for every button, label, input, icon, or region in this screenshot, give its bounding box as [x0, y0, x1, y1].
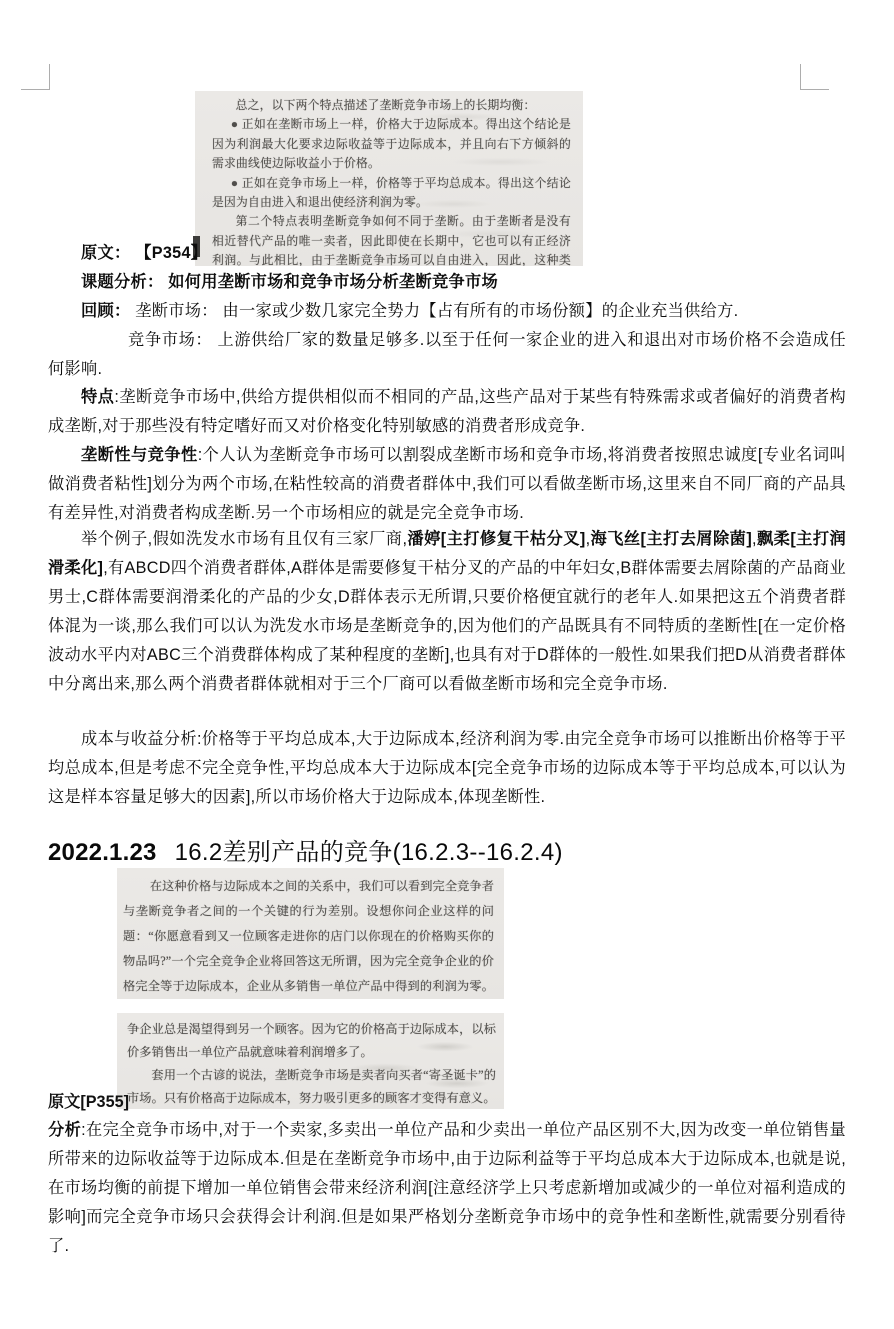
scan-bullet-paragraph: ● 正如在竞争市场上一样，价格等于平均总成本。得出这个结论是因为自由进入和退出使…: [212, 174, 571, 213]
document-page: 总之，以下两个特点描述了垄断竞争市场上的长期均衡： ● 正如在垄断市场上一样，价…: [0, 0, 894, 1329]
note-review-competitive-market: 竞争市场： 上游供给厂家的数量足够多.以至于任何一家企业的进入和退出对市场价格不…: [48, 326, 846, 384]
heading-title: 16.2差别产品的竞争(16.2.3--16.2.4): [175, 839, 563, 866]
scan-paragraph: 套用一个古谚的说法，垄断竞争市场是卖者向买者“寄圣诞卡”的市场。只有价格高于边际…: [127, 1064, 496, 1109]
margin-corner-mark-right: [800, 64, 829, 90]
note-source-ref-p354: 原文： 【P354】: [48, 239, 846, 268]
section-heading: 2022.1.2316.2差别产品的竞争(16.2.3--16.2.4): [48, 838, 563, 868]
note-para-cost-benefit: 成本与收益分析:价格等于平均总成本,大于边际成本,经济利润为零.由完全竞争市场可…: [48, 725, 846, 812]
note-topic-analysis: 课题分析： 如何用垄断市场和竞争市场分析垄断竞争市场: [48, 268, 846, 297]
note-para-analysis: 分析:在完全竞争市场中,对于一个卖家,多卖出一单位产品和少卖出一单位产品区别不大…: [48, 1116, 846, 1261]
textbook-scan-p355-part1: 在这种价格与边际成本之间的关系中，我们可以看到完全竞争者与垄断竞争者之间的一个关…: [117, 868, 504, 999]
textbook-scan-p355-part2: 争企业总是渴望得到另一个顾客。因为它的价格高于边际成本，以标价多销售出一单位产品…: [117, 1013, 504, 1109]
scan-bullet-paragraph: ● 正如在垄断市场上一样，价格大于边际成本。得出这个结论是因为利润最大化要求边际…: [212, 115, 571, 173]
scan-paragraph: 总之，以下两个特点描述了垄断竞争市场上的长期均衡：: [212, 96, 571, 115]
note-para-monopoly-vs-competition: 垄断性与竞争性:个人认为垄断竞争市场可以割裂成垄断市场和竞争市场,将消费者按照忠…: [48, 441, 846, 528]
note-para-features: 特点:垄断竞争市场中,供给方提供相似而不相同的产品,这些产品对于某些有特殊需求或…: [48, 383, 846, 441]
note-review-monopoly-market: 回顾： 垄断市场： 由一家或少数几家完全势力【占有所有的市场份额】的企业充当供给…: [48, 297, 846, 326]
heading-date: 2022.1.23: [48, 839, 157, 866]
scan-paragraph: 在这种价格与边际成本之间的关系中，我们可以看到完全竞争者与垄断竞争者之间的一个关…: [123, 874, 494, 999]
scan-paragraph: 争企业总是渴望得到另一个顾客。因为它的价格高于边际成本，以标价多销售出一单位产品…: [127, 1018, 496, 1064]
note-para-shampoo-example: 举个例子,假如洗发水市场有且仅有三家厂商,潘婷[主打修复干枯分叉],海飞丝[主打…: [48, 525, 846, 699]
note-source-ref-p355: 原文[P355]: [48, 1088, 129, 1117]
margin-corner-mark-left: [21, 64, 50, 90]
